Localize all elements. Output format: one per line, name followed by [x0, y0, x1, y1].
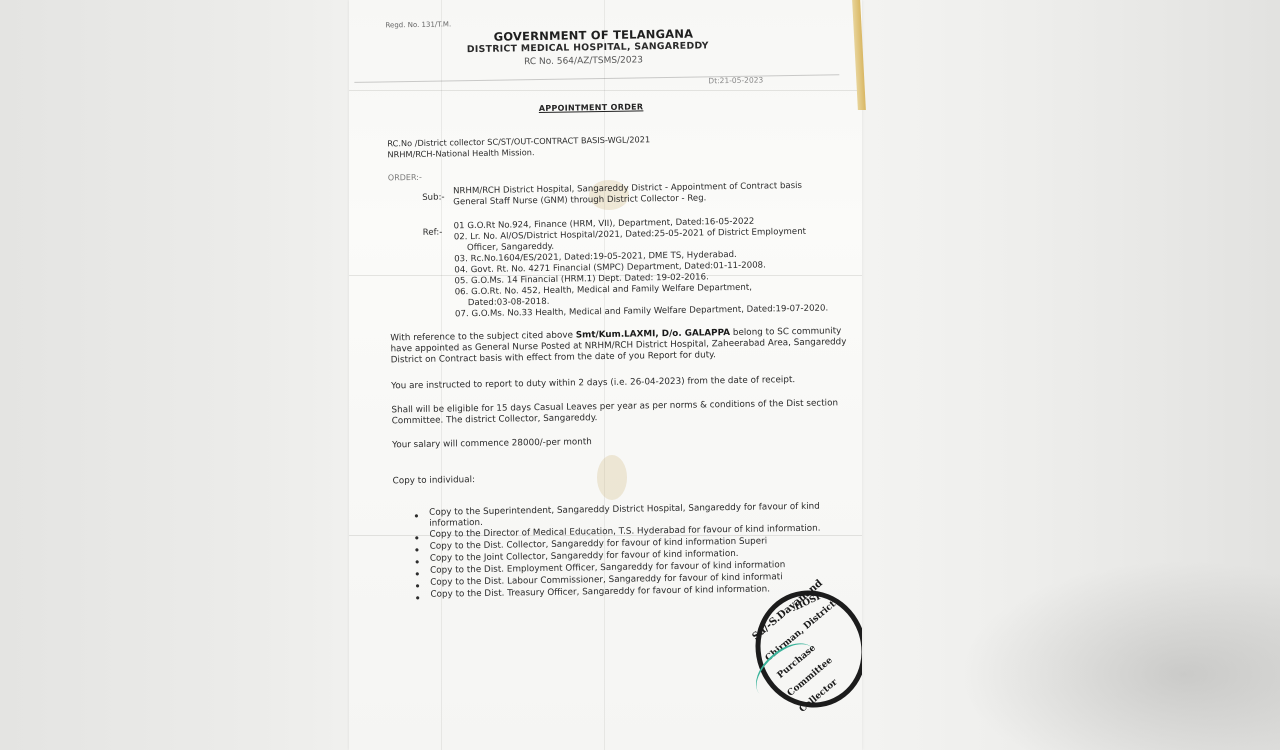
body-paragraph-3: Shall will be eligible for 15 days Casua… — [391, 398, 838, 415]
reference-line: Officer, Sangareddy. — [467, 242, 554, 253]
salary-line: Your salary will commence 28000/-per mon… — [392, 437, 592, 450]
order-label: ORDER:- — [388, 173, 422, 183]
registration-number: Regd. No. 131/T.M. — [385, 20, 451, 29]
body-paragraph-2: You are instructed to report to duty wit… — [391, 375, 795, 391]
rc-line: RC.No /District collector SC/ST/OUT-CONT… — [387, 134, 650, 148]
subject-label: Sub:- — [422, 193, 445, 203]
copy-to-heading: Copy to individual: — [393, 475, 476, 486]
para1-suffix: belong to SC community — [730, 326, 841, 338]
body-paragraph-3-line: Committee. The district Collector, Sanga… — [392, 413, 598, 426]
header-divider — [354, 74, 839, 83]
bullet-icon: • — [414, 592, 421, 605]
appointment-order-document: Regd. No. 131/T.M. GOVERNMENT OF TELANGA… — [349, 0, 862, 750]
rc-number: RC No. 564/AZ/TSMS/2023 — [524, 55, 643, 67]
copy-to-item-cont: information. — [429, 518, 483, 529]
references-label: Ref:- — [423, 228, 443, 238]
background-shadow — [960, 560, 1280, 750]
document-title: APPOINTMENT ORDER — [539, 102, 644, 113]
order-date: Dt:21-05-2023 — [708, 75, 763, 85]
copy-to-item: Copy to the Superintendent, Sangareddy D… — [429, 502, 820, 518]
reference-line: Dated:03-08-2018. — [468, 297, 550, 308]
bullet-icon: • — [413, 510, 420, 523]
rc-line: NRHM/RCH-National Health Mission. — [387, 147, 534, 159]
